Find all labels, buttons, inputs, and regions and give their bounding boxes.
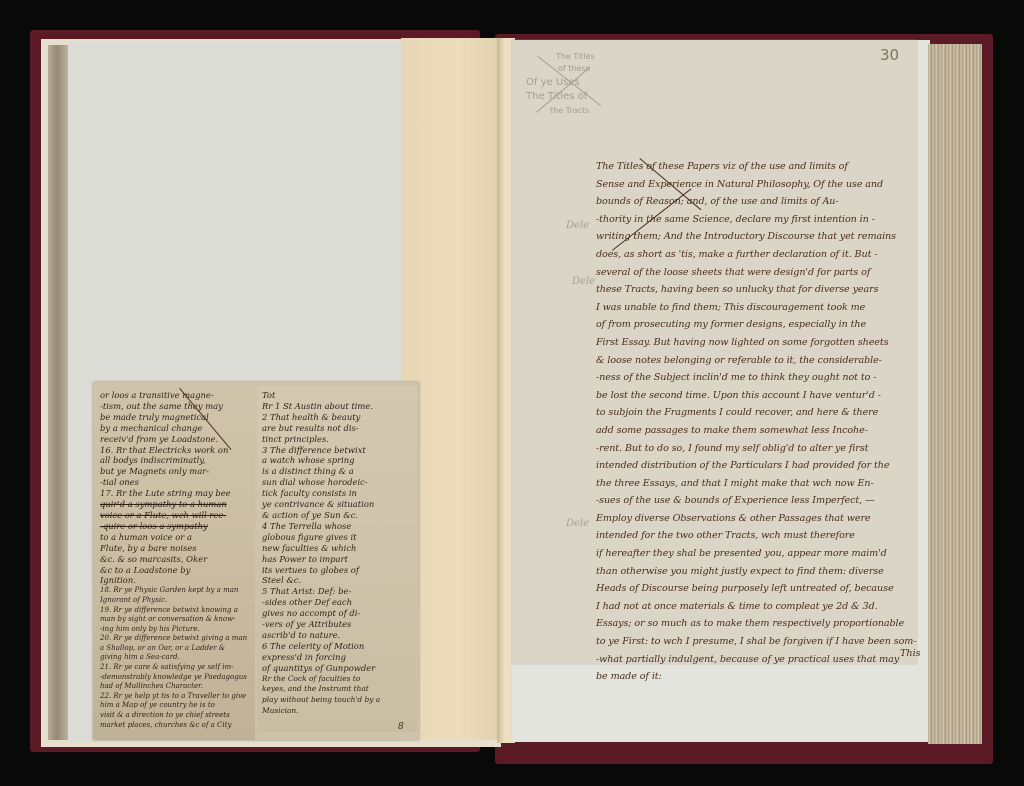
slip-line: is a distinct thing & a bbox=[262, 466, 414, 477]
slip-line: &c to a Loadstone by bbox=[100, 565, 252, 576]
text-line: I was unable to find them; This discoura… bbox=[596, 299, 924, 317]
slip-line: 3 The difference betwixt bbox=[262, 445, 414, 456]
margin-note-dele: Dele bbox=[572, 276, 595, 287]
slip-line: 5 That Arist: Def: be- bbox=[262, 586, 414, 597]
text-line: these Tracts, having been so unlucky tha… bbox=[596, 281, 924, 299]
slip-line: a Shallop, or an Oar, or a Ladder & bbox=[100, 644, 252, 654]
text-line: First Essay. But having now lighted on s… bbox=[596, 334, 924, 352]
slip-line: 21. Rr ye care & satisfying ye self im- bbox=[100, 663, 252, 673]
text-line: than otherwise you might justly expect t… bbox=[596, 563, 924, 581]
slip-line: 22. Rr ye help yt tis to a Traveller to … bbox=[100, 692, 252, 702]
slip-line: of quantitys of Gunpowder bbox=[262, 663, 414, 674]
manuscript-text: The Titles of these Papers viz of the us… bbox=[596, 158, 924, 686]
slip-line: Musician. bbox=[262, 706, 414, 717]
slip-line: receiv'd from ye Loadstone. bbox=[100, 434, 252, 445]
slip-line: visit & a direction to ye chief streets bbox=[100, 711, 252, 721]
slip-line: Rr the Cock of faculties to bbox=[262, 674, 414, 685]
slip-line: ascrib'd to nature. bbox=[262, 630, 414, 641]
pencil-note-line: The Titles bbox=[556, 52, 595, 62]
slip-line: him a Map of ye country he is to bbox=[100, 701, 252, 711]
slip-line: all bodys indiscriminatly, bbox=[100, 455, 252, 466]
slip-line-struck: quir'd a sympathy to a human bbox=[100, 499, 252, 510]
fore-edge bbox=[928, 44, 982, 744]
slip-line: 17. Rr the Lute string may bee bbox=[100, 488, 252, 499]
text-line: -sues of the use & bounds of Experience … bbox=[596, 492, 924, 510]
text-line: several of the loose sheets that were de… bbox=[596, 264, 924, 282]
catchword: This bbox=[900, 648, 921, 659]
slip-line: -tism, out the same they may bbox=[100, 401, 252, 412]
pencil-note: The Titles of these Of ye Uses The Title… bbox=[526, 52, 646, 122]
text-line: -rent. But to do so, I found my self obl… bbox=[596, 440, 924, 458]
slip-line: giving him a Sea-card. bbox=[100, 653, 252, 663]
slip-line: are but results not dis- bbox=[262, 423, 414, 434]
slip-line: tick faculty consists in bbox=[262, 488, 414, 499]
slip-line: tinct principles. bbox=[262, 434, 414, 445]
text-line: add some passages to make them somewhat … bbox=[596, 422, 924, 440]
text-line: -what partially indulgent, because of ye… bbox=[596, 651, 924, 669]
slip-line: globous figure gives it bbox=[262, 532, 414, 543]
slip-line: be made truly magnetical bbox=[100, 412, 252, 423]
text-line: be lost the second time. Upon this accou… bbox=[596, 387, 924, 405]
margin-note-dele: Dele bbox=[566, 518, 589, 529]
text-line: be made of it: bbox=[596, 668, 924, 686]
text-line: of from prosecuting my former designs, e… bbox=[596, 316, 924, 334]
slip-line-struck: voice or a Flute, wch will ree- bbox=[100, 510, 252, 521]
slip-line: or loos a transitive magne- bbox=[100, 390, 252, 401]
text-line: Essays; or so much as to make them respe… bbox=[596, 615, 924, 633]
folio-number: 30 bbox=[880, 46, 899, 64]
slip-line: new faculties & which bbox=[262, 543, 414, 554]
slip-line: by a mechanical change bbox=[100, 423, 252, 434]
text-line: does, as short as 'tis, make a further d… bbox=[596, 246, 924, 264]
text-line: & loose notes belonging or referable to … bbox=[596, 352, 924, 370]
slip-line: a watch whose spring bbox=[262, 455, 414, 466]
slip-line: Ignorant of Physic. bbox=[100, 596, 252, 606]
slip-line: gives no accompt of di- bbox=[262, 608, 414, 619]
text-line: to ye First: to wch I presume, I shal be… bbox=[596, 633, 924, 651]
slip-line: its vertues to globes of bbox=[262, 565, 414, 576]
text-line: Sense and Experience in Natural Philosop… bbox=[596, 176, 924, 194]
text-line: The Titles of these Papers viz of the us… bbox=[596, 158, 924, 176]
slip-line: -vers of ye Attributes bbox=[262, 619, 414, 630]
slip-line: ye contrivance & situation bbox=[262, 499, 414, 510]
text-line: bounds of Reason; and, of the use and li… bbox=[596, 193, 924, 211]
text-line: to subjoin the Fragments I could recover… bbox=[596, 404, 924, 422]
text-line: intended distribution of the Particulars… bbox=[596, 457, 924, 475]
slip-line: man by sight or conversation & know- bbox=[100, 615, 252, 625]
text-line: -ness of the Subject inclin'd me to thin… bbox=[596, 369, 924, 387]
slip-line: Ignition. bbox=[100, 575, 252, 586]
text-line: I had not at once materials & time to co… bbox=[596, 598, 924, 616]
slip-line: 4 The Terrella whose bbox=[262, 521, 414, 532]
slip-line: keyes, and the Instrumt that bbox=[262, 684, 414, 695]
text-line: intended for the two other Tracts, wch m… bbox=[596, 527, 924, 545]
slip-line: market places, churches &c of a City bbox=[100, 721, 252, 731]
slip-line: play without being touch'd by a bbox=[262, 695, 414, 706]
slip-line: express'd in forcing bbox=[262, 652, 414, 663]
slip-line: 19. Rr ye difference betwixt knowing a bbox=[100, 606, 252, 616]
slip-line: -sides other Def each bbox=[262, 597, 414, 608]
text-line: the three Essays, and that I might make … bbox=[596, 475, 924, 493]
slip-left-text: or loos a transitive magne- -tism, out t… bbox=[100, 390, 252, 730]
slip-line-struck: -quire or loos a sympathy bbox=[100, 521, 252, 532]
text-line: -thority in the same Science, declare my… bbox=[596, 211, 924, 229]
slip-line: Rr 1 St Austin about time. bbox=[262, 401, 414, 412]
left-guard-stub bbox=[48, 45, 70, 740]
pencil-note-line: the Tracts bbox=[550, 106, 589, 116]
margin-note-dele: Dele bbox=[566, 220, 589, 231]
slip-line: & action of ye Sun &c. bbox=[262, 510, 414, 521]
slip-line: but ye Magnets only mar- bbox=[100, 466, 252, 477]
text-line: if hereafter they shal be presented you,… bbox=[596, 545, 924, 563]
slip-line: Tot bbox=[262, 390, 414, 401]
text-line: writing them; And the Introductory Disco… bbox=[596, 228, 924, 246]
slip-right-text: Tot Rr 1 St Austin about time. 2 That he… bbox=[262, 390, 414, 717]
text-line: Heads of Discourse being purposely left … bbox=[596, 580, 924, 598]
slip-line: -tial ones bbox=[100, 477, 252, 488]
slip-line: 6 The celerity of Motion bbox=[262, 641, 414, 652]
slip-line: had of Mullinches Character. bbox=[100, 682, 252, 692]
slip-line: has Power to impart bbox=[262, 554, 414, 565]
slip-line: Flute, by a bare noises bbox=[100, 543, 252, 554]
slip-line: Steel &c. bbox=[262, 575, 414, 586]
text-line: Employ diverse Observations & other Pass… bbox=[596, 510, 924, 528]
slip-line: 18. Rr ye Physic Garden kept by a man bbox=[100, 586, 252, 596]
slip-line: 20. Rr ye difference betwixt giving a ma… bbox=[100, 634, 252, 644]
slip-line: 2 That health & beauty bbox=[262, 412, 414, 423]
slip-line: sun dial whose horodeic- bbox=[262, 477, 414, 488]
slip-line: &c. & so marcasits, Oker bbox=[100, 554, 252, 565]
slip-line: -ing him only by his Picture. bbox=[100, 625, 252, 635]
slip-page-number: 8 bbox=[398, 722, 404, 732]
slip-line: to a human voice or a bbox=[100, 532, 252, 543]
slip-line: -demonstrably knowledge ye Paedagogus bbox=[100, 673, 252, 683]
